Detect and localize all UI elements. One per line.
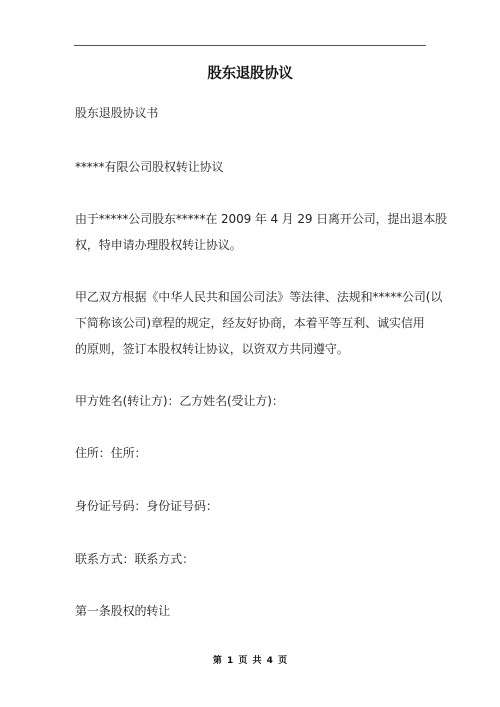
agreement-heading: *****有限公司股权转让协议 [75, 159, 224, 175]
id-number-field: 身份证号码：身份证号码： [75, 498, 218, 514]
address-field: 住所：住所： [75, 445, 146, 461]
document-title: 股东退股协议 [0, 64, 500, 84]
paragraph-reason-line-1: 由于*****公司股东*****在 2009 年 4 月 29 日离开公司，提出… [75, 211, 447, 227]
article-one-heading: 第一条股权的转让 [75, 603, 170, 619]
paragraph-basis-line-2: 下简称该公司)章程的规定，经友好协商，本着平等互利、诚实信用 [75, 315, 425, 331]
paragraph-reason-line-2: 权，特申请办理股权转让协议。 [75, 237, 242, 253]
party-names-field: 甲方姓名(转让方)：乙方姓名(受让方)： [75, 393, 284, 409]
paragraph-basis-line-1: 甲乙双方根据《中华人民共和国公司法》等法律、法规和*****公司(以 [75, 289, 442, 305]
paragraph-basis-line-3: 的原则，签订本股权转让协议，以资双方共同遵守。 [75, 341, 349, 357]
page-number-footer: 第 1 页 共 4 页 [0, 654, 500, 668]
doc-subtitle: 股东退股协议书 [75, 105, 158, 121]
header-rule [74, 45, 426, 46]
contact-field: 联系方式：联系方式： [75, 551, 194, 567]
